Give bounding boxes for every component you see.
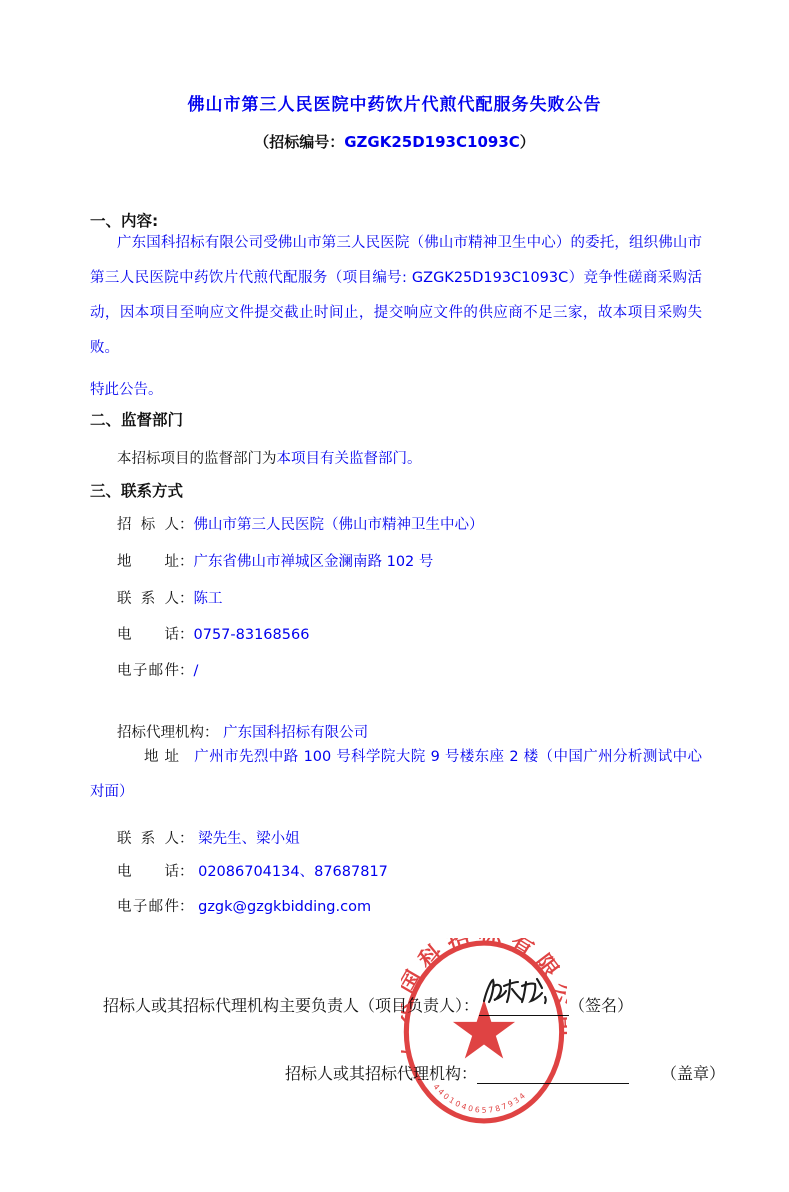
section-2-heading: 二、监督部门 — [90, 408, 183, 430]
agency-name-separator: ： — [204, 725, 219, 741]
tender-number-line: （招标编号：GZGK25D193C1093C） — [0, 131, 789, 152]
agency-contact-separator: ： — [179, 831, 194, 847]
agency-name-row: 招标代理机构： 广东国科招标有限公司 — [117, 721, 368, 742]
tenderer-phone-separator: ： — [179, 627, 194, 643]
tenderer-address-label: 地址 — [117, 550, 179, 571]
tenderer-name-label: 招标人 — [117, 513, 179, 534]
agency-email-row: 电子邮件： gzgk@gzgkbidding.com — [117, 895, 371, 916]
agency-email-label: 电子邮件 — [117, 895, 179, 916]
agency-name-label: 招标代理机构 — [117, 725, 204, 741]
signature-line-label: 招标人或其招标代理机构主要负责人（项目负责人）： — [103, 996, 479, 1015]
agency-phone-row: 电话： 02086704134、87687817 — [117, 860, 388, 881]
tenderer-contact-label: 联系人 — [117, 587, 179, 608]
closing-note: 特此公告。 — [90, 379, 163, 401]
tenderer-name-row: 招标人：佛山市第三人民医院（佛山市精神卫生中心） — [117, 513, 484, 534]
section-3-heading: 三、联系方式 — [90, 479, 183, 501]
stamp-line-label: 招标人或其招标代理机构： — [285, 1064, 477, 1083]
supervision-text: 本招标项目的监督部门为本项目有关监督部门。 — [117, 448, 422, 470]
agency-phone-separator: ： — [179, 864, 194, 880]
agency-address-label: 地址 — [117, 740, 179, 775]
signature-line-suffix: （签名） — [569, 996, 633, 1015]
supervision-text-blue: 本项目有关监督部门。 — [277, 451, 422, 467]
tenderer-name-value: 佛山市第三人民医院（佛山市精神卫生中心） — [194, 517, 484, 533]
agency-phone-label: 电话 — [117, 860, 179, 881]
tenderer-phone-label: 电话 — [117, 623, 179, 644]
tenderer-name-separator: ： — [179, 517, 194, 533]
tenderer-phone-value: 0757-83168566 — [194, 627, 310, 643]
agency-contact-value: 梁先生、梁小姐 — [198, 831, 300, 847]
stamp-underline — [477, 1067, 629, 1084]
agency-phone-value: 02086704134、87687817 — [198, 864, 388, 880]
agency-contact-row: 联系人： 梁先生、梁小姐 — [117, 827, 300, 848]
document-title: 佛山市第三人民医院中药饮片代煎代配服务失败公告 — [0, 90, 789, 115]
handwritten-signature — [479, 973, 565, 1009]
company-seal: 广东国科招标有限公司 440104065787934 — [401, 938, 567, 1126]
supervision-text-black: 本招标项目的监督部门为 — [117, 451, 277, 467]
agency-email-separator: ： — [179, 899, 194, 915]
seal-border — [406, 943, 561, 1121]
tenderer-contact-value: 陈工 — [194, 591, 223, 607]
agency-contact-label: 联系人 — [117, 827, 179, 848]
signature-line: 招标人或其招标代理机构主要负责人（项目负责人）：（签名） — [103, 993, 633, 1016]
agency-email-value: gzgk@gzgkbidding.com — [198, 899, 371, 915]
tenderer-address-value: 广东省佛山市禅城区金澜南路 102 号 — [194, 554, 434, 570]
tenderer-contact-separator: ： — [179, 591, 194, 607]
tender-number-prefix: （招标编号： — [254, 133, 344, 151]
tenderer-address-row: 地址：广东省佛山市禅城区金澜南路 102 号 — [117, 550, 433, 571]
tenderer-email-value: / — [194, 663, 199, 679]
tenderer-address-separator: ： — [179, 554, 194, 570]
document-page: 佛山市第三人民医院中药饮片代煎代配服务失败公告 （招标编号：GZGK25D193… — [0, 0, 789, 1192]
tenderer-phone-row: 电话：0757-83168566 — [117, 623, 309, 644]
seal-serial-number: 440104065787934 — [431, 1082, 528, 1115]
tender-number-suffix: ） — [520, 133, 535, 151]
tenderer-email-label: 电子邮件 — [117, 659, 179, 680]
section-1-paragraph: 广东国科招标有限公司受佛山市第三人民医院（佛山市精神卫生中心）的委托，组织佛山市… — [90, 226, 702, 366]
agency-address-row: 地址 广州市先烈中路 100 号科学院大院 9 号楼东座 2 楼（中国广州分析测… — [90, 740, 702, 810]
tenderer-email-row: 电子邮件：/ — [117, 659, 198, 680]
stamp-line-suffix: （盖章） — [661, 1064, 725, 1083]
stamp-line: 招标人或其招标代理机构：（盖章） — [285, 1061, 725, 1084]
tenderer-contact-row: 联系人：陈工 — [117, 587, 223, 608]
signature-underline — [479, 999, 569, 1016]
agency-name-value: 广东国科招标有限公司 — [223, 725, 368, 741]
tender-number-code: GZGK25D193C1093C — [344, 133, 520, 151]
agency-address-separator — [179, 749, 194, 765]
tenderer-email-separator: ： — [179, 663, 194, 679]
